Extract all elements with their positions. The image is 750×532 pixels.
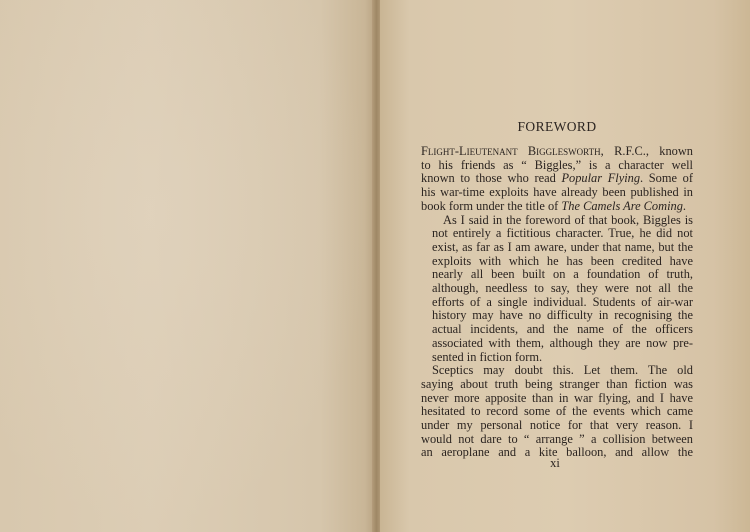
text-line: actual incidents, and the name of the of…	[421, 323, 693, 337]
text-line: under my personal notice for that very r…	[421, 419, 693, 433]
text-line: associated with them, although they are …	[421, 337, 693, 351]
text-line: never more apposite than in war flying, …	[421, 392, 693, 406]
text-line: history may have no difficulty in recogn…	[421, 309, 693, 323]
text-line: saying about truth being stranger than f…	[421, 378, 693, 392]
small-caps-name: Flight-Lieutenant Bigglesworth	[421, 144, 601, 158]
text-line: to his friends as “ Biggles,” is a chara…	[421, 159, 693, 173]
text-line: his war-time exploits have already been …	[421, 186, 693, 200]
text-line: Sceptics may doubt this. Let them. The o…	[421, 364, 693, 378]
text-line: efforts of a single individual. Students…	[421, 296, 693, 310]
paragraph-1: Flight-Lieutenant Bigglesworth, R.F.C., …	[421, 145, 693, 214]
text-line: would not dare to “ arrange ” a collisio…	[421, 433, 693, 447]
paragraph-2: As I said in the foreword of that book, …	[421, 214, 693, 365]
foreword-text-block: FOREWORD Flight-Lieutenant Bigglesworth,…	[421, 118, 693, 460]
text-line: not entirely a fictitious character. Tru…	[421, 227, 693, 241]
text-line: exploits with which he has been credited…	[421, 255, 693, 269]
page-title: FOREWORD	[421, 118, 693, 136]
text-span: , R.F.C., known	[601, 144, 693, 158]
text-span: .	[683, 199, 686, 213]
text-line: As I said in the foreword of that book, …	[421, 214, 693, 228]
text-line: sented in fiction form.	[421, 351, 693, 365]
text-span: . Some of	[640, 171, 693, 185]
text-span: book form under the title of	[421, 199, 561, 213]
italic-title: The Camels Are Coming	[561, 199, 683, 213]
paragraph-3: Sceptics may doubt this. Let them. The o…	[421, 364, 693, 460]
open-book-spread: FOREWORD Flight-Lieutenant Bigglesworth,…	[0, 0, 750, 532]
page-number: xi	[540, 456, 570, 471]
text-line: book form under the title of The Camels …	[421, 200, 693, 214]
text-line: nearly all been built on a foundation of…	[421, 268, 693, 282]
text-line: known to those who read Popular Flying. …	[421, 172, 693, 186]
italic-title: Popular Flying	[561, 171, 640, 185]
text-line: hesitated to record some of the events w…	[421, 405, 693, 419]
text-line: Flight-Lieutenant Bigglesworth, R.F.C., …	[421, 145, 693, 159]
text-span: known to those who read	[421, 171, 561, 185]
left-page-blank	[0, 0, 376, 532]
text-line: although, needless to say, they were not…	[421, 282, 693, 296]
text-line: exist, as far as I am aware, under that …	[421, 241, 693, 255]
